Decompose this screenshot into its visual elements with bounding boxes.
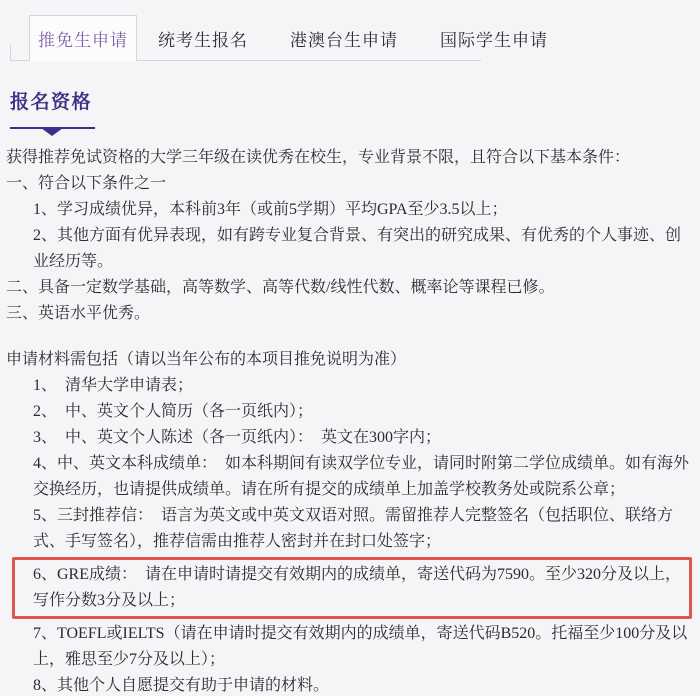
eligibility-rule-2: 二、具备一定数学基础，高等数学、高等代数/线性代数、概率论等课程已修。 [6, 275, 692, 301]
tab-tongkaosheng-baoming[interactable]: 统考生报名 [137, 15, 269, 61]
eligibility-rule-1-sub-1: 1、学习成绩优异，本科前3年（或前5学期）平均GPA至少3.5以上； [6, 197, 692, 223]
gre-highlight-box: 6、GRE成绩： 请在申请时请提交有效期内的成绩单，寄送代码为7590。至少32… [12, 557, 692, 619]
main-content: 获得推荐免试资格的大学三年级在读优秀在校生，专业背景不限，且符合以下基本条件： … [0, 145, 700, 696]
section-header: 报名资格 [10, 87, 700, 129]
tab-guoji-xuesheng-shenqing[interactable]: 国际学生申请 [419, 15, 569, 61]
material-item-8: 8、其他个人自愿提交有助于申请的材料。 [6, 673, 692, 696]
eligibility-rule-1-sub-2: 2、其他方面有优异表现，如有跨专业复合背景、有突出的研究成果、有优秀的个人事迹、… [6, 223, 692, 275]
eligibility-rule-1: 一、符合以下条件之一 [6, 171, 692, 197]
material-item-7-toefl-ielts: 7、TOEFL或IELTS（请在申请时提交有效期内的成绩单，寄送代码B520。托… [6, 621, 692, 673]
material-item-1: 1、 清华大学申请表； [6, 373, 692, 399]
material-item-6-gre: 6、GRE成绩： 请在申请时请提交有效期内的成绩单，寄送代码为7590。至少32… [33, 562, 683, 614]
eligibility-intro: 获得推荐免试资格的大学三年级在读优秀在校生，专业背景不限，且符合以下基本条件： [6, 145, 692, 171]
material-item-3: 3、 中、英文个人陈述（各一页纸内）： 英文在300字内； [6, 425, 692, 451]
materials-intro: 申请材料需包括（请以当年公布的本项目推免说明为准） [6, 347, 692, 373]
eligibility-rule-3: 三、英语水平优秀。 [6, 301, 692, 327]
title-underline [10, 114, 95, 129]
tab-tuimiansheng-shenqing[interactable]: 推免生申请 [29, 15, 137, 61]
material-item-5: 5、三封推荐信： 语言为英文或中英文双语对照。需留推荐人完整签名（包括职位、联络… [6, 503, 692, 555]
material-item-4: 4、中、英文本科成绩单： 如本科期间有读双学位专业，请同时附第二学位成绩单。如有… [6, 451, 692, 503]
tab-bar: 推免生申请 统考生报名 港澳台生申请 国际学生申请 [0, 15, 700, 61]
tab-gangaotai-shenqing[interactable]: 港澳台生申请 [269, 15, 419, 61]
material-item-2: 2、 中、英文个人简历（各一页纸内）； [6, 399, 692, 425]
triangle-down-marker [41, 128, 63, 136]
page-title: 报名资格 [10, 87, 700, 114]
